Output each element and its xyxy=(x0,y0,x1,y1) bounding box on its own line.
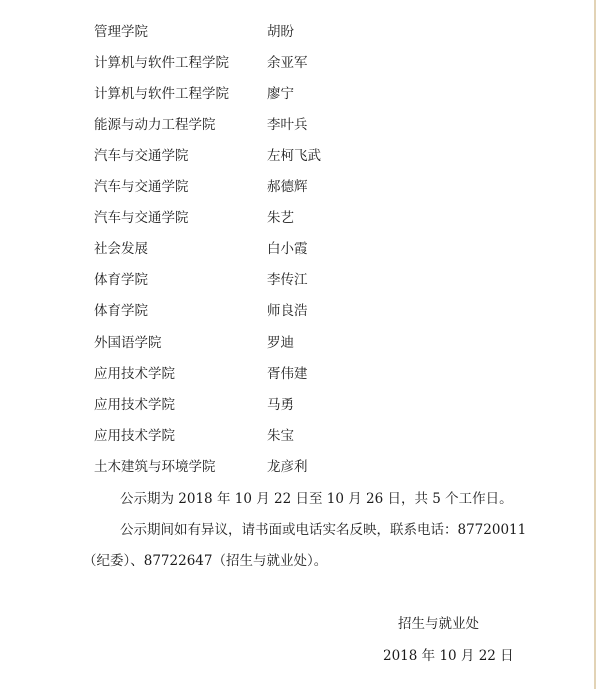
college-name: 外国语学院 xyxy=(94,333,162,353)
person-name: 罗迪 xyxy=(267,333,294,353)
person-name: 胡盼 xyxy=(267,22,294,42)
college-name: 社会发展 xyxy=(94,239,148,259)
person-name: 龙彦利 xyxy=(267,457,308,477)
college-name: 应用技术学院 xyxy=(94,395,175,415)
person-name: 朱宝 xyxy=(267,426,294,446)
person-name: 李传江 xyxy=(267,270,308,290)
person-name: 白小霞 xyxy=(267,239,308,259)
document-page: 管理学院 胡盼 计算机与软件工程学院 余亚军 计算机与软件工程学院 廖宁 能源与… xyxy=(0,0,594,689)
college-name: 体育学院 xyxy=(94,301,148,321)
notice-contact-line1: 公示期间如有异议，请书面或电话实名反映，联系电话：87720011 xyxy=(120,520,526,540)
notice-contact-line2: （纪委）、87722647（招生与就业处）。 xyxy=(83,551,327,571)
person-name: 廖宁 xyxy=(267,84,294,104)
person-name: 李叶兵 xyxy=(267,115,308,135)
person-name: 郝德辉 xyxy=(267,177,308,197)
college-name: 应用技术学院 xyxy=(94,364,175,384)
college-name: 汽车与交通学院 xyxy=(94,146,189,166)
person-name: 马勇 xyxy=(267,395,294,415)
signature-office: 招生与就业处 xyxy=(398,614,479,634)
college-name: 汽车与交通学院 xyxy=(94,177,189,197)
college-name: 能源与动力工程学院 xyxy=(94,115,216,135)
person-name: 师良浩 xyxy=(267,301,308,321)
college-name: 管理学院 xyxy=(94,22,148,42)
college-name: 土木建筑与环境学院 xyxy=(94,457,216,477)
person-name: 朱艺 xyxy=(267,208,294,228)
college-name: 应用技术学院 xyxy=(94,426,175,446)
college-name: 汽车与交通学院 xyxy=(94,208,189,228)
person-name: 胥伟建 xyxy=(267,364,308,384)
person-name: 左柯飞武 xyxy=(267,146,321,166)
college-name: 计算机与软件工程学院 xyxy=(94,53,229,73)
notice-period: 公示期为 2018 年 10 月 22 日至 10 月 26 日，共 5 个工作… xyxy=(120,489,513,509)
college-name: 计算机与软件工程学院 xyxy=(94,84,229,104)
signature-date: 2018 年 10 月 22 日 xyxy=(383,646,514,666)
college-name: 体育学院 xyxy=(94,270,148,290)
person-name: 余亚军 xyxy=(267,53,308,73)
